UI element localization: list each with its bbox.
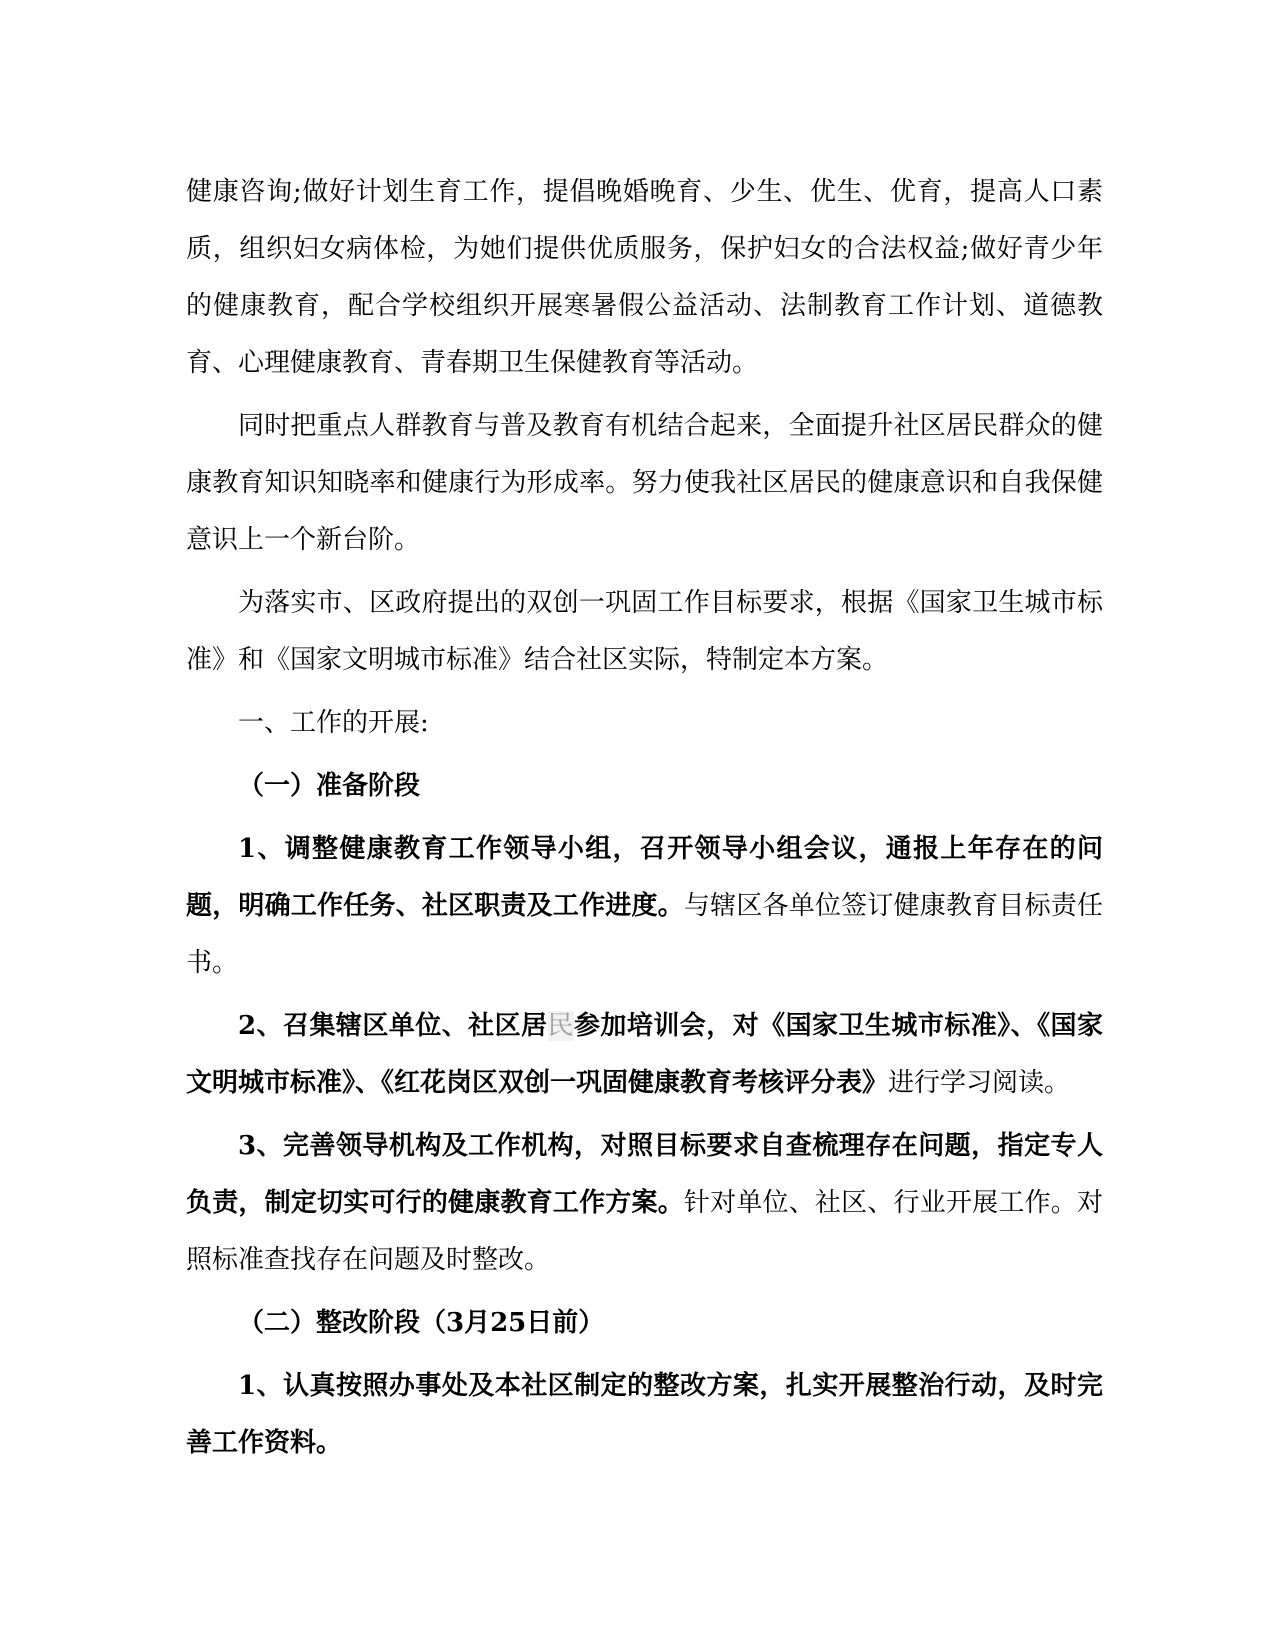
paragraph: 2、召集辖区单位、社区居民参加培训会，对《国家卫生城市标准》、《国家文明城市标准… (186, 998, 1103, 1112)
paragraph: 健康咨询;做好计划生育工作，提倡晚婚晚育、少生、优生、优育，提高人口素质，组织妇… (186, 164, 1103, 392)
text-run-bold: 2、召集辖区单位、社区居 (238, 1011, 548, 1041)
text-run-normal: 进行学习阅读。 (888, 1068, 1070, 1098)
paragraph: 同时把重点人群教育与普及教育有机结合起来，全面提升社区居民群众的健康教育知识知晓… (186, 398, 1103, 569)
paragraph: 1、认真按照办事处及本社区制定的整改方案，扎实开展整治行动，及时完善工作资料。 (186, 1358, 1103, 1472)
text-run-normal: 同时把重点人群教育与普及教育有机结合起来，全面提升社区居民群众的健康教育知识知晓… (186, 411, 1103, 555)
paragraph: 1、调整健康教育工作领导小组，召开领导小组会议，通报上年存在的问题，明确工作任务… (186, 821, 1103, 992)
document-page: 健康咨询;做好计划生育工作，提倡晚婚晚育、少生、优生、优育，提高人口素质，组织妇… (0, 0, 1275, 1650)
paragraph: （二）整改阶段（3月25日前） (186, 1295, 1103, 1352)
text-run-bold: （一）准备阶段 (238, 771, 420, 801)
document-body: 健康咨询;做好计划生育工作，提倡晚婚晚育、少生、优生、优育，提高人口素质，组织妇… (186, 164, 1103, 1472)
paragraph: 3、完善领导机构及工作机构，对照目标要求自查梳理存在问题，指定专人负责，制定切实… (186, 1118, 1103, 1289)
text-run-grey: 民 (548, 1011, 574, 1041)
text-run-normal: 健康咨询;做好计划生育工作，提倡晚婚晚育、少生、优生、优育，提高人口素质，组织妇… (186, 177, 1103, 378)
text-run-normal: 为落实市、区政府提出的双创一巩固工作目标要求，根据《国家卫生城市标准》和《国家文… (186, 588, 1103, 675)
text-run-bold: （二）整改阶段（3月25日前） (238, 1308, 604, 1338)
text-run-normal: 一、工作的开展: (238, 708, 429, 738)
paragraph: 一、工作的开展: (186, 695, 1103, 752)
paragraph: （一）准备阶段 (186, 758, 1103, 815)
paragraph: 为落实市、区政府提出的双创一巩固工作目标要求，根据《国家卫生城市标准》和《国家文… (186, 575, 1103, 689)
text-run-bold: 1、认真按照办事处及本社区制定的整改方案，扎实开展整治行动，及时完善工作资料。 (186, 1371, 1103, 1458)
